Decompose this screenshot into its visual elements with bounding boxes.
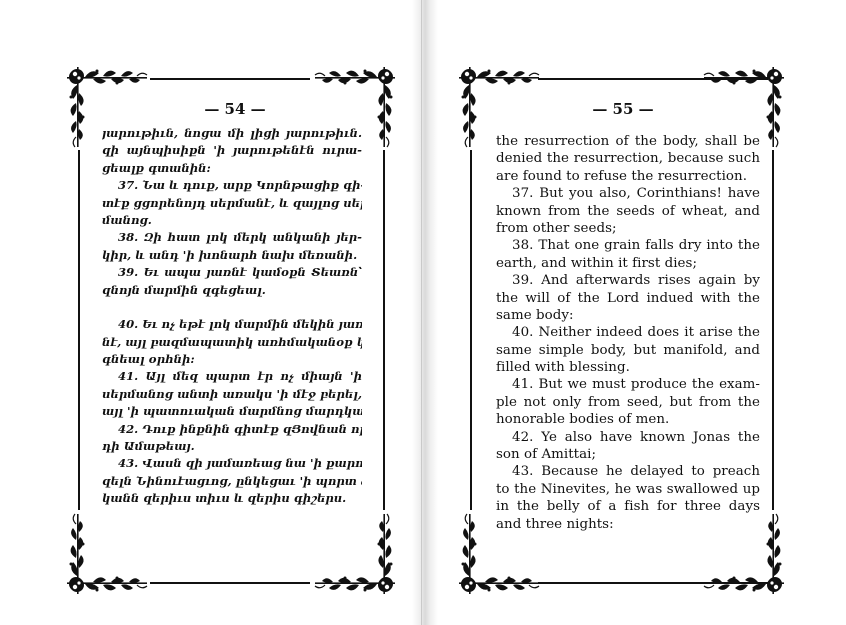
right-page: — 55 — the resurrection of the body, sha…: [438, 0, 846, 625]
text-line: same body:: [496, 307, 760, 324]
text-line: զելն Նինուէացւոց, ընկեցաւ 'ի պորտ ձը-: [102, 473, 362, 490]
blank-line: [102, 299, 362, 316]
text-line: from other seeds;: [496, 220, 760, 237]
verse-start-line: 41․ Այլ մեզ պարտ էր ոչ միայն 'ի: [102, 368, 362, 385]
verse-start-line: 43. Because he delayed to preach: [496, 463, 760, 480]
verse-start-line: 39. And afterwards rises again by: [496, 272, 760, 289]
text-line: and three nights:: [496, 516, 760, 533]
text-line: յարութիւն, նոցա մի լիցի յարութիւն․: [102, 125, 362, 142]
armenian-text-block: յարութիւն, նոցա մի լիցի յարութիւն․զի այն…: [102, 125, 362, 508]
page-number: — 55 —: [578, 100, 668, 118]
verse-start-line: 42․ Դուք ինքնին գիտէք զՅովնան որ-: [102, 421, 362, 438]
english-text-block: the resurrection of the body, shall bede…: [496, 133, 760, 533]
text-line: կանն զերիւս տիւս և զերիս գիշերս․: [102, 490, 362, 507]
text-line: ցեալք գտանին:: [102, 160, 362, 177]
text-line: ple not only from seed, but from the: [496, 394, 760, 411]
text-line: այլ 'ի պատուական մարմնոց մարդկանէ:: [102, 403, 362, 420]
frame-right-line: [383, 150, 385, 510]
verse-start-line: 43․ Վասն զի յամառեաց նա 'ի քարո-: [102, 455, 362, 472]
verse-start-line: 42. Ye also have known Jonas the: [496, 429, 760, 446]
book-gutter: [412, 0, 438, 625]
text-line: denied the resurrection, because such: [496, 150, 760, 167]
text-line: in the belly of a fish for three days: [496, 498, 760, 515]
page-number: — 54 —: [190, 100, 280, 118]
text-line: դի Ամաթեայ․: [102, 438, 362, 455]
frame-right-line: [772, 150, 774, 510]
verse-start-line: 40. Neither indeed does it arise the: [496, 324, 760, 341]
text-line: honorable bodies of men.: [496, 411, 760, 428]
floral-corner-ornament-bottom-left: [67, 504, 157, 594]
verse-start-line: 39․ Եւ ապա յառնէ կամօքն Տեառն՝: [102, 264, 362, 281]
gutter-fold-line: [421, 0, 422, 625]
text-line: to the Ninevites, he was swallowed up: [496, 481, 760, 498]
text-line: գնեալ օրհնի:: [102, 351, 362, 368]
text-line: տէք ցցորենոյդ սերմանէ, և զայլոց սեր-: [102, 195, 362, 212]
text-line: the will of the Lord indued with the: [496, 290, 760, 307]
verse-start-line: 38․ Զի հատ լոկ մերկ անկանի յեր-: [102, 229, 362, 246]
text-line: սերմանոց անտի առակս 'ի մէջ բերել,: [102, 386, 362, 403]
frame-bottom-line: [150, 582, 310, 584]
text-line: զի այնպիսիքն 'ի յարութենէն ուրա-: [102, 142, 362, 159]
text-line: son of Amittai;: [496, 446, 760, 463]
text-line: are found to refuse the resurrection.: [496, 168, 760, 185]
verse-start-line: 37․ Նա և դուք, արք Կորնթացիք գի-: [102, 177, 362, 194]
verse-start-line: 41. But we must produce the exam-: [496, 376, 760, 393]
frame-top-line: [150, 78, 310, 80]
text-line: նէ, այլ բազմապատիկ առհմականօք կան-: [102, 334, 362, 351]
text-line: մանոց․: [102, 212, 362, 229]
text-line: filled with blessing.: [496, 359, 760, 376]
frame-left-line: [78, 150, 80, 510]
text-line: the resurrection of the body, shall be: [496, 133, 760, 150]
floral-corner-ornament-bottom-right: [305, 504, 395, 594]
text-line: զնոյն մարմին զգեցեալ․: [102, 282, 362, 299]
text-line: կիր, և անդ 'ի խոնարհ նախ մեռանի․: [102, 247, 362, 264]
left-page: — 54 — յարութիւն, նոցա մի լիցի յարութիւն…: [0, 0, 412, 625]
verse-start-line: 40․ Եւ ոչ եթէ լոկ մարմին մեկին յառ-: [102, 316, 362, 333]
verse-start-line: 38. That one grain falls dry into the: [496, 237, 760, 254]
verse-start-line: 37. But you also, Corinthians! have: [496, 185, 760, 202]
text-line: same simple body, but manifold, and: [496, 342, 760, 359]
frame-left-line: [470, 150, 472, 510]
text-line: known from the seeds of wheat, and: [496, 203, 760, 220]
text-line: earth, and within it first dies;: [496, 255, 760, 272]
